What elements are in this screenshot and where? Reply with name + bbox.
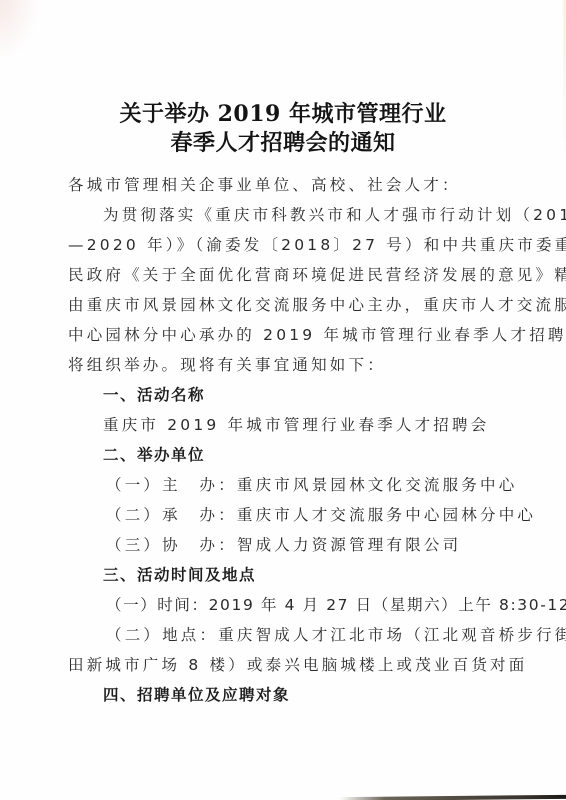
intro-line-4: 由重庆市风景园林文化交流服务中心主办，重庆市人才交流服务 xyxy=(68,290,508,320)
section-3-line-2: （二）地点：重庆智成人才江北市场（江北观音桥步行街江 xyxy=(106,620,546,650)
intro-line-2: —2020 年）》（渝委发〔2018〕27 号）和中共重庆市委重庆市人 xyxy=(68,230,508,260)
section-3-line-1: （一）时间：2019 年 4 月 27 日（星期六）上午 8:30-12:00 xyxy=(106,590,546,620)
document-title-line-2: 春季人才招聘会的通知 xyxy=(0,126,566,157)
section-heading-3: 三、活动时间及地点 xyxy=(103,560,543,590)
section-2-line-3: （三）协 办：智成人力资源管理有限公司 xyxy=(106,530,546,560)
section-2-line-1: （一）主 办：重庆市风景园林文化交流服务中心 xyxy=(106,470,546,500)
section-heading-4: 四、招聘单位及应聘对象 xyxy=(103,680,543,710)
intro-line-3: 民政府《关于全面优化营商环境促进民营经济发展的意见》精神。 xyxy=(68,260,508,290)
intro-line-1: 为贯彻落实《重庆市科教兴市和人才强市行动计划（2018 xyxy=(103,200,543,230)
section-heading-2: 二、举办单位 xyxy=(103,440,543,470)
document-title-line-1: 关于举办 2019 年城市管理行业 xyxy=(0,97,566,128)
intro-line-6: 将组织举办。现将有关事宜通知如下： xyxy=(68,350,508,380)
section-1-line-1: 重庆市 2019 年城市管理行业春季人才招聘会 xyxy=(103,410,543,440)
section-2-line-2: （二）承 办：重庆市人才交流服务中心园林分中心 xyxy=(106,500,546,530)
intro-line-5: 中心园林分中心承办的 2019 年城市管理行业春季人才招聘会即 xyxy=(68,320,508,350)
scan-artifact-corner xyxy=(0,0,40,60)
scan-artifact-edge-bottom xyxy=(340,795,566,800)
salutation: 各城市管理相关企事业单位、高校、社会人才： xyxy=(68,170,508,200)
section-3-line-3: 田新城市广场 8 楼）或泰兴电脑城楼上或茂业百货对面 xyxy=(68,650,508,680)
section-heading-1: 一、活动名称 xyxy=(103,380,543,410)
document-page: 关于举办 2019 年城市管理行业 春季人才招聘会的通知 各城市管理相关企事业单… xyxy=(0,0,566,800)
